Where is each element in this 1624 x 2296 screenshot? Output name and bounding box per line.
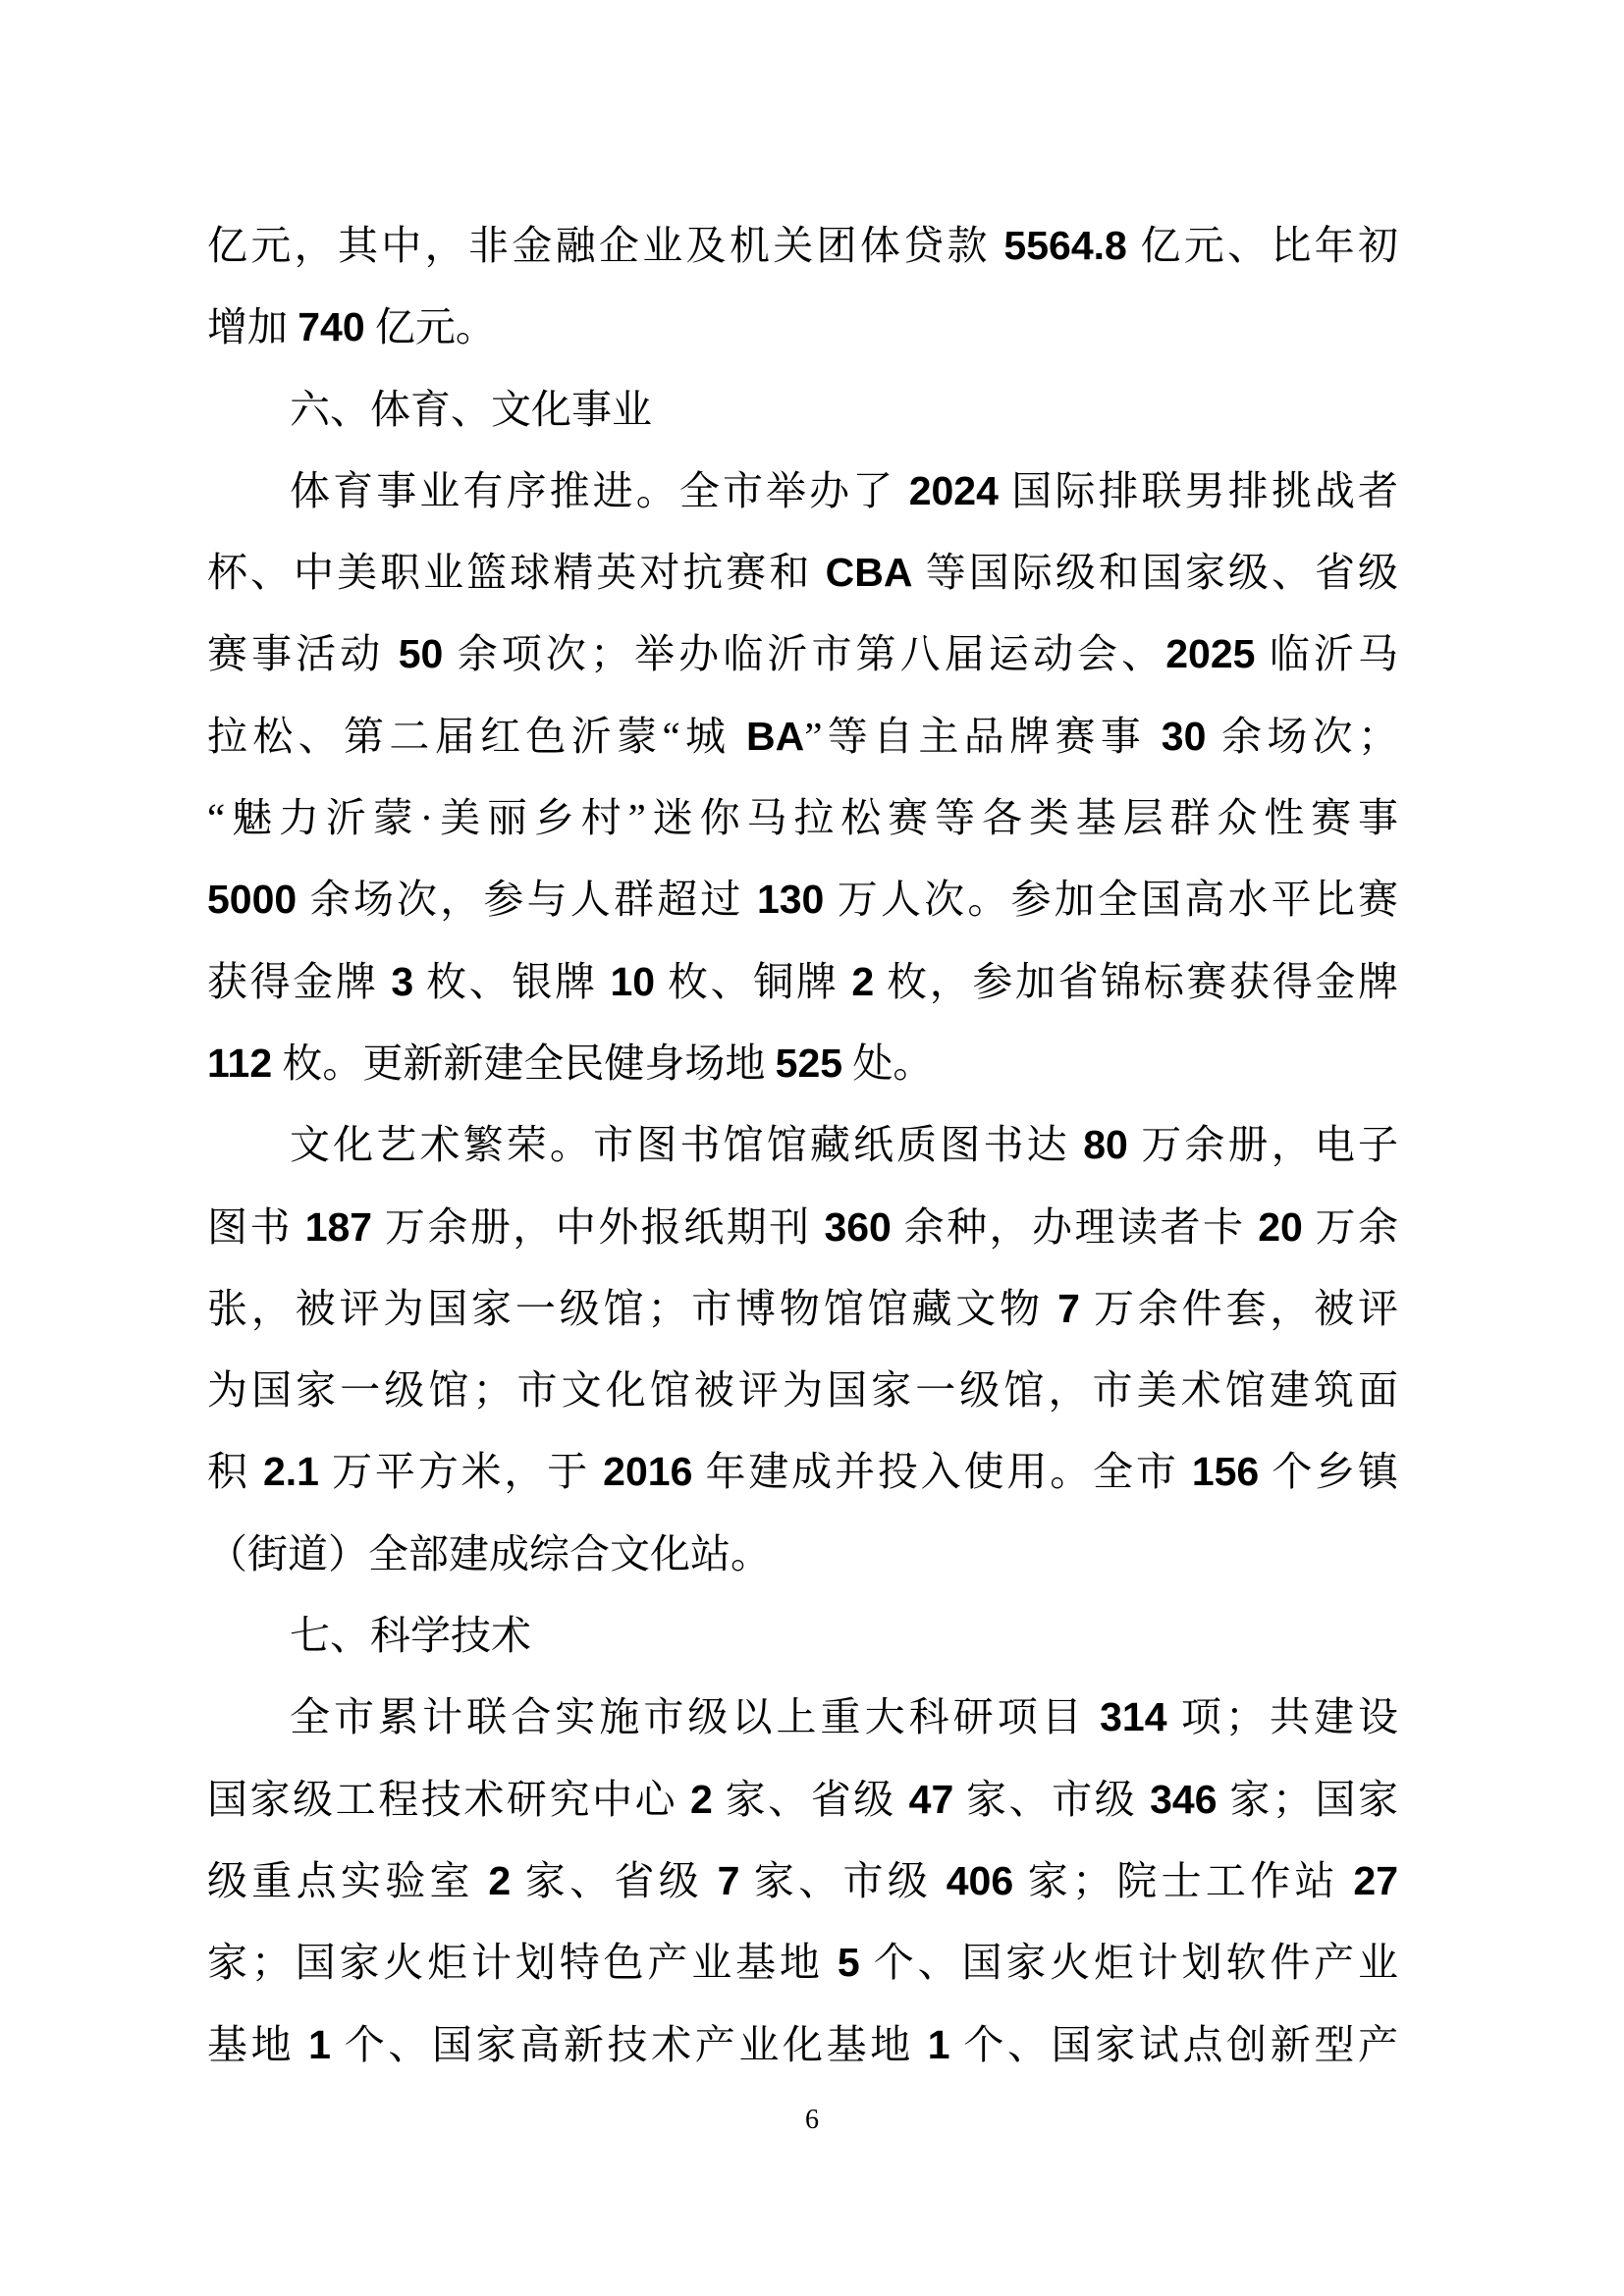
paragraph-line: 为国家一级馆；市文化馆被评为国家一级馆，市美术馆建筑面	[207, 1350, 1398, 1431]
paragraph-line: 5000 余场次，参与人群超过 130 万人次。参加全国高水平比赛	[207, 859, 1398, 940]
paragraph-line: 基地 1 个、国家高新技术产业化基地 1 个、国家试点创新型产	[207, 2004, 1398, 2086]
paragraph-line: 文化艺术繁荣。市图书馆馆藏纸质图书达 80 万余册，电子	[207, 1104, 1398, 1186]
numeric-value: 156	[1192, 1449, 1259, 1494]
numeric-value: 7	[718, 1858, 740, 1903]
numeric-value: 406	[947, 1858, 1013, 1903]
numeric-value: 2024	[909, 468, 999, 513]
paragraph-line: 拉松、第二届红色沂蒙“城 BA”等自主品牌赛事 30 余场次；	[207, 696, 1398, 777]
numeric-value: BA	[746, 714, 804, 759]
numeric-value: 187	[305, 1204, 372, 1250]
paragraph-line: 级重点实验室 2 家、省级 7 家、市级 406 家；院士工作站 27	[207, 1841, 1398, 1922]
numeric-value: 1	[308, 2022, 331, 2067]
paragraph-line: 积 2.1 万平方米，于 2016 年建成并投入使用。全市 156 个乡镇	[207, 1431, 1398, 1513]
document-page: 亿元，其中，非金融企业及机关团体贷款 5564.8 亿元、比年初增加 740 亿…	[0, 0, 1624, 2296]
numeric-value: 50	[399, 631, 444, 676]
paragraph-line: （街道）全部建成综合文化站。	[207, 1514, 1398, 1595]
document-body: 亿元，其中，非金融企业及机关团体贷款 5564.8 亿元、比年初增加 740 亿…	[207, 205, 1398, 2086]
numeric-value: 27	[1353, 1858, 1398, 1903]
paragraph-line: 增加 740 亿元。	[207, 287, 1398, 368]
paragraph-line: 家；国家火炬计划特色产业基地 5 个、国家火炬计划软件产业	[207, 1922, 1398, 2003]
numeric-value: 130	[757, 877, 824, 922]
numeric-value: 2016	[603, 1449, 692, 1494]
numeric-value: 10	[611, 959, 656, 1004]
numeric-value: 5564.8	[1003, 223, 1126, 268]
numeric-value: 5000	[207, 877, 297, 922]
numeric-value: 7	[1057, 1286, 1080, 1331]
numeric-value: 314	[1100, 1694, 1166, 1739]
numeric-value: 47	[909, 1777, 954, 1822]
numeric-value: 1	[928, 2022, 950, 2067]
paragraph-line: 图书 187 万余册，中外报纸期刊 360 余种，办理读者卡 20 万余	[207, 1187, 1398, 1268]
numeric-value: 2	[488, 1858, 511, 1903]
numeric-value: 80	[1083, 1122, 1128, 1167]
numeric-value: 2.1	[263, 1449, 319, 1494]
numeric-value: 3	[391, 959, 413, 1004]
page-number: 6	[0, 2103, 1624, 2138]
numeric-value: 5	[838, 1940, 860, 1985]
numeric-value: 525	[776, 1041, 842, 1086]
paragraph-line: 赛事活动 50 余项次；举办临沂市第八届运动会、2025 临沂马	[207, 614, 1398, 695]
paragraph-line: 获得金牌 3 枚、银牌 10 枚、铜牌 2 枚，参加省锦标赛获得金牌	[207, 941, 1398, 1023]
paragraph-line: 112 枚。更新新建全民健身场地 525 处。	[207, 1023, 1398, 1104]
numeric-value: 2	[851, 959, 874, 1004]
numeric-value: 112	[207, 1041, 272, 1086]
paragraph-line: 张，被评为国家一级馆；市博物馆馆藏文物 7 万余件套，被评	[207, 1268, 1398, 1350]
numeric-value: 20	[1258, 1204, 1303, 1250]
paragraph-line: 杯、中美职业篮球精英对抗赛和 CBA 等国际级和国家级、省级	[207, 532, 1398, 614]
paragraph-line: 体育事业有序推进。全市举办了 2024 国际排联男排挑战者	[207, 451, 1398, 532]
paragraph-line: 亿元，其中，非金融企业及机关团体贷款 5564.8 亿元、比年初	[207, 205, 1398, 287]
section-heading: 六、体育、文化事业	[207, 369, 1398, 451]
numeric-value: 2	[690, 1777, 713, 1822]
paragraph-line: 国家级工程技术研究中心 2 家、省级 47 家、市级 346 家；国家	[207, 1759, 1398, 1841]
paragraph-line: “魅力沂蒙·美丽乡村”迷你马拉松赛等各类基层群众性赛事	[207, 777, 1398, 859]
paragraph-line: 全市累计联合实施市级以上重大科研项目 314 项；共建设	[207, 1677, 1398, 1758]
section-heading: 七、科学技术	[207, 1595, 1398, 1677]
numeric-value: 30	[1162, 714, 1207, 759]
numeric-value: 360	[824, 1204, 891, 1250]
numeric-value: CBA	[826, 550, 913, 595]
numeric-value: 346	[1150, 1777, 1217, 1822]
numeric-value: 740	[298, 304, 364, 349]
numeric-value: 2025	[1165, 631, 1255, 676]
